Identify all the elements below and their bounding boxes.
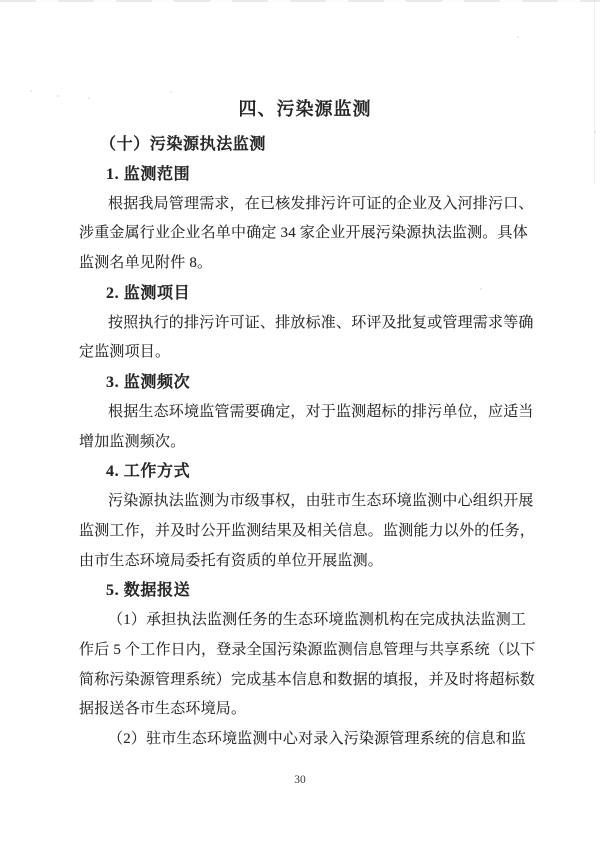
body-text-line: 监测工作，并及时公开监测结果及相关信息。监测能力以外的任务， xyxy=(79,517,527,547)
section-heading: 3. 监测频次 xyxy=(79,368,527,398)
body-text-line: 定监测项目。 xyxy=(79,338,527,368)
section-heading: 4. 工作方式 xyxy=(79,457,527,487)
body-text-line: 根据我局管理需求，在已核发排污许可证的企业及入河排污口、 xyxy=(79,190,527,220)
scan-edge-artifact xyxy=(594,0,595,185)
section-heading: 5. 数据报送 xyxy=(79,576,527,606)
chapter-title: 四、污染源监测 xyxy=(0,97,600,121)
scan-speck xyxy=(594,131,596,133)
body-text-line: （1）承担执法监测任务的生态环境监测机构在完成执法监测工 xyxy=(79,606,527,636)
body-text-line: 按照执行的排污许可证、排放标准、环评及批复或管理需求等确 xyxy=(79,309,527,339)
document-page: 四、污染源监测 （十）污染源执法监测1. 监测范围根据我局管理需求，在已核发排污… xyxy=(0,0,600,848)
body-text-line: 涉重金属行业企业名单中确定 34 家企业开展污染源执法监测。具体 xyxy=(79,219,527,249)
section-heading: 1. 监测范围 xyxy=(79,160,527,190)
body-text-line: 增加监测频次。 xyxy=(79,428,527,458)
section-heading: 2. 监测项目 xyxy=(79,279,527,309)
section-heading: （十）污染源执法监测 xyxy=(79,130,527,160)
body-text-line: 污染源执法监测为市级事权，由驻市生态环境监测中心组织开展 xyxy=(79,487,527,517)
scan-speck xyxy=(517,36,519,38)
document-lines: （十）污染源执法监测1. 监测范围根据我局管理需求，在已核发排污许可证的企业及入… xyxy=(79,130,527,755)
body-text-line: （2）驻市生态环境监测中心对录入污染源管理系统的信息和监 xyxy=(79,725,527,755)
body-text-line: 作后 5 个工作日内，登录全国污染源监测信息管理与共享系统（以下 xyxy=(79,636,527,666)
body-text-line: 根据生态环境监管需要确定，对于监测超标的排污单位，应适当 xyxy=(79,398,527,428)
body-text-line: 由市生态环境局委托有资质的单位开展监测。 xyxy=(79,547,527,577)
scan-edge-artifact xyxy=(0,0,600,2)
body-text-line: 简称污染源管理系统）完成基本信息和数据的填报，并及时将超标数 xyxy=(79,666,527,696)
body-text-line: 据报送各市生态环境局。 xyxy=(79,695,527,725)
scan-speck xyxy=(30,90,32,92)
scan-speck xyxy=(170,91,172,93)
page-number-label: 30 xyxy=(0,772,600,788)
body-text-line: 监测名单见附件 8。 xyxy=(79,249,527,279)
